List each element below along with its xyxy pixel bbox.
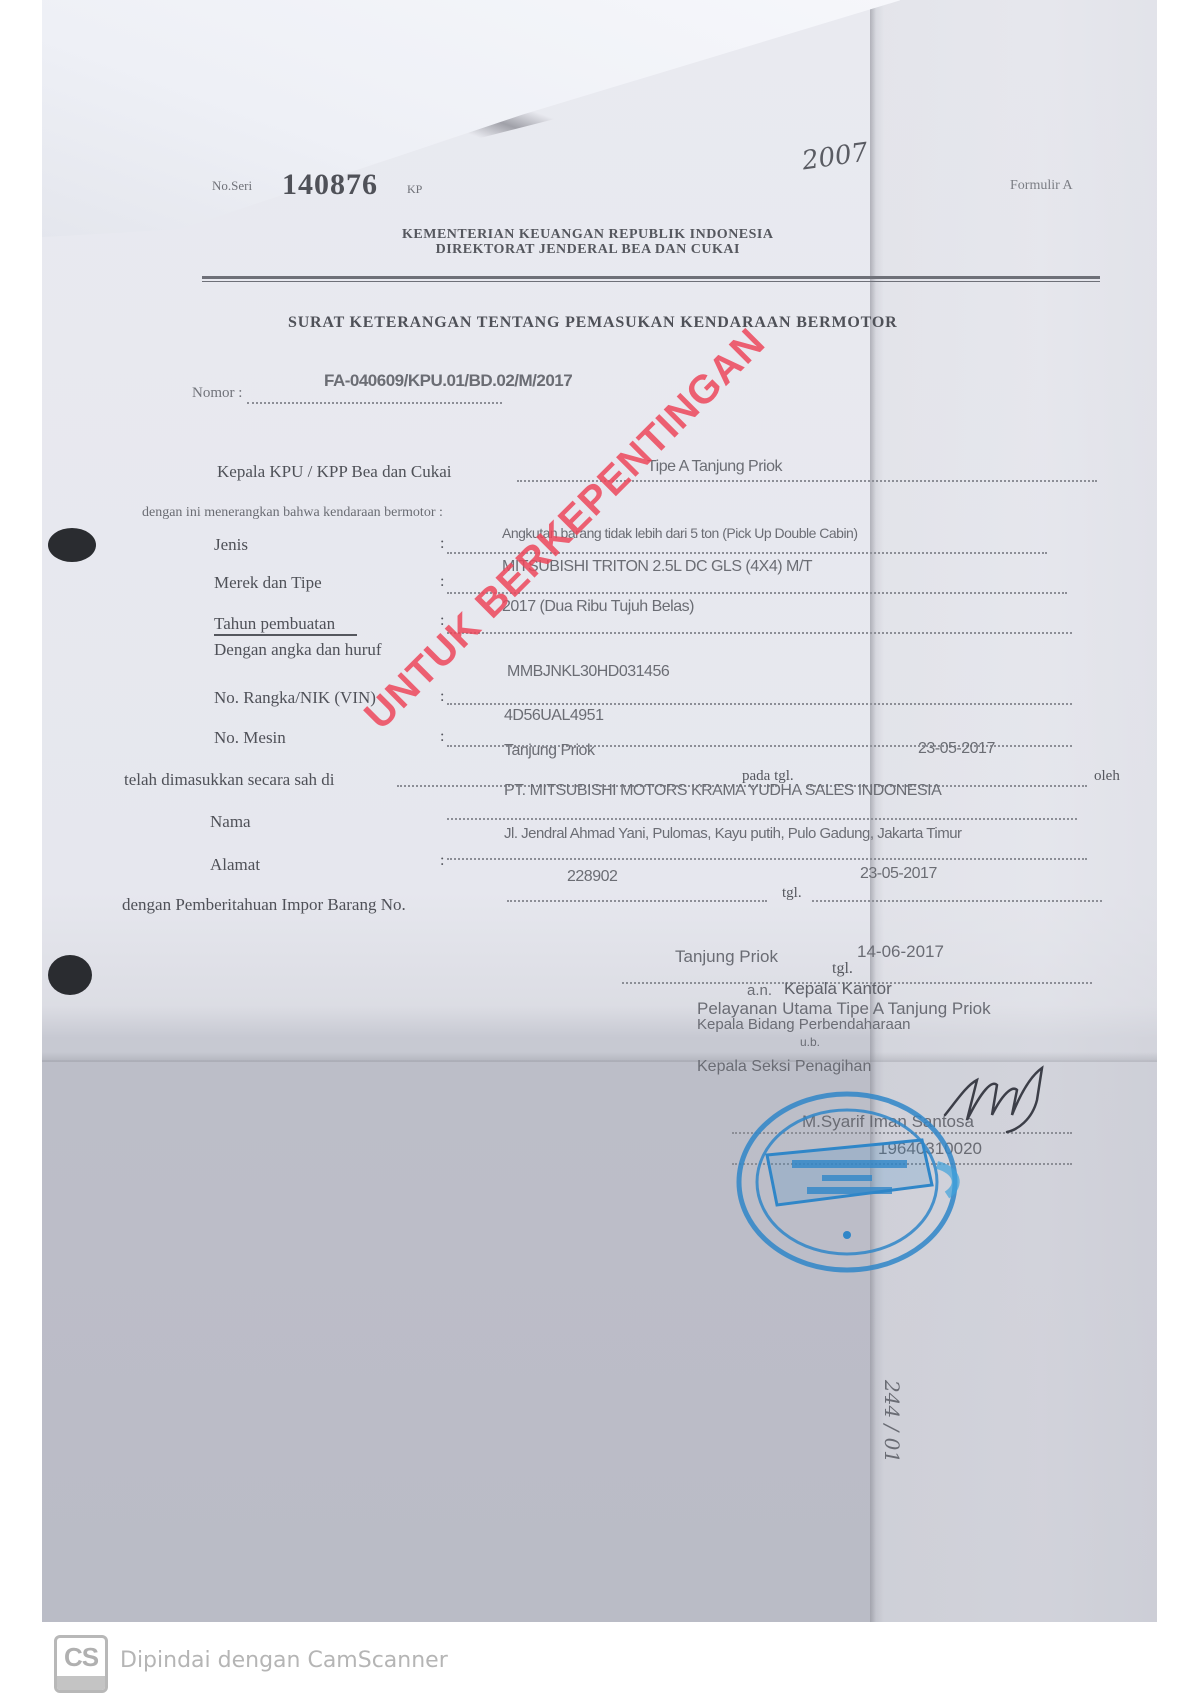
office-value: Tipe A Tanjung Priok [647,458,782,476]
importer-address: Jl. Jendral Ahmad Yani, Pulomas, Kayu pu… [504,825,962,842]
nomor-label: Nomor : [192,385,242,402]
pib-number: 228902 [567,868,617,886]
punch-hole-icon [48,528,96,562]
colon: : [440,852,444,870]
field-value-vin: MMBJNKL30HD031456 [507,663,669,681]
sign-place: Tanjung Priok [675,948,778,965]
colon: : [440,535,444,553]
camscanner-logo-text: CS [57,1642,105,1673]
dotted-line [447,632,1072,634]
sign-line-2: Pelayanan Utama Tipe A Tanjung Priok [697,1000,991,1017]
field-label-merek: Merek dan Tipe [214,573,322,593]
colon: : [440,573,444,591]
handwritten-year: 2007 [800,138,870,177]
pib-date: 23-05-2017 [860,865,937,883]
office-label: Kepala KPU / KPP Bea dan Cukai [217,462,452,482]
sign-ub: u.b. [800,1034,820,1051]
scanned-document: No.Seri 140876 KP 2007 Formulir A KEMENT… [42,0,1157,1622]
camscanner-label: Dipindai dengan CamScanner [120,1648,448,1673]
field-value-tahun: 2017 (Dua Ribu Tujuh Belas) [502,598,694,616]
ministry-header: KEMENTERIAN KEUANGAN REPUBLIK INDONESIA … [402,227,774,257]
camscanner-logo-icon: CS [54,1635,108,1693]
dotted-line [447,858,1087,860]
colon: : [440,688,444,706]
sign-line-3: Kepala Bidang Perbendaharaan [697,1016,911,1033]
curled-top-sheet [42,0,900,250]
serial-suffix: KP [407,182,422,197]
dotted-line [447,818,1077,820]
intro-text: dengan ini menerangkan bahwa kendaraan b… [142,505,443,521]
serial-number: 140876 [282,168,378,202]
field-value-mesin: 4D56UAL4951 [504,707,603,725]
entry-place: Tanjung Priok [504,742,594,760]
sign-line-4: Kepala Seksi Penagihan [697,1058,871,1075]
sign-date: 14-06-2017 [857,943,944,960]
entry-label: telah dimasukkan secara sah di [124,770,335,790]
importer-address-label: Alamat [210,855,260,875]
punch-hole-icon [48,955,92,995]
sign-line-1: Kepala Kantor [784,980,892,997]
serial-prefix: No.Seri [212,178,252,194]
dotted-line [507,900,767,902]
fold-crease-vertical [870,0,876,1622]
sign-date-label: tgl. [832,960,853,978]
handwritten-margin-note: 244 / 01 [880,1380,904,1463]
document-title: SURAT KETERANGAN TENTANG PEMASUKAN KENDA… [288,314,897,332]
dotted-line [247,402,502,404]
dotted-line [447,703,1072,705]
dotted-line [447,592,1067,594]
field-label-jenis: Jenis [214,535,248,555]
importer-name: PT. MITSUBISHI MOTORS KRAMA YUDHA SALES … [504,782,941,800]
header-rule-thin [202,281,1100,282]
header-rule [202,276,1100,279]
field-label-mesin: No. Mesin [214,728,286,748]
sign-an: a.n. [747,982,772,999]
field-label-tahun-sub: Dengan angka dan huruf [214,640,382,660]
logo-bar [57,1676,105,1690]
nomor-value: FA-040609/KPU.01/BD.02/M/2017 [324,371,572,391]
customs-seal-icon [732,1085,972,1280]
form-label: Formulir A [1010,178,1073,194]
pib-date-label: tgl. [782,885,802,902]
colon: : [440,728,444,746]
pib-label: dengan Pemberitahuan Impor Barang No. [122,895,406,915]
ministry-line-1: KEMENTERIAN KEUANGAN REPUBLIK INDONESIA [402,227,774,242]
importer-name-label: Nama [210,812,251,832]
field-label-vin: No. Rangka/NIK (VIN) [214,688,376,708]
ministry-line-2: DIREKTORAT JENDERAL BEA DAN CUKAI [402,242,774,257]
entry-by-label: oleh [1094,768,1120,785]
field-label-tahun: Tahun pembuatan [214,614,357,636]
fold-panel-right [870,0,1157,1622]
dotted-line [812,900,1102,902]
entry-date: 23-05-2017 [918,740,995,758]
